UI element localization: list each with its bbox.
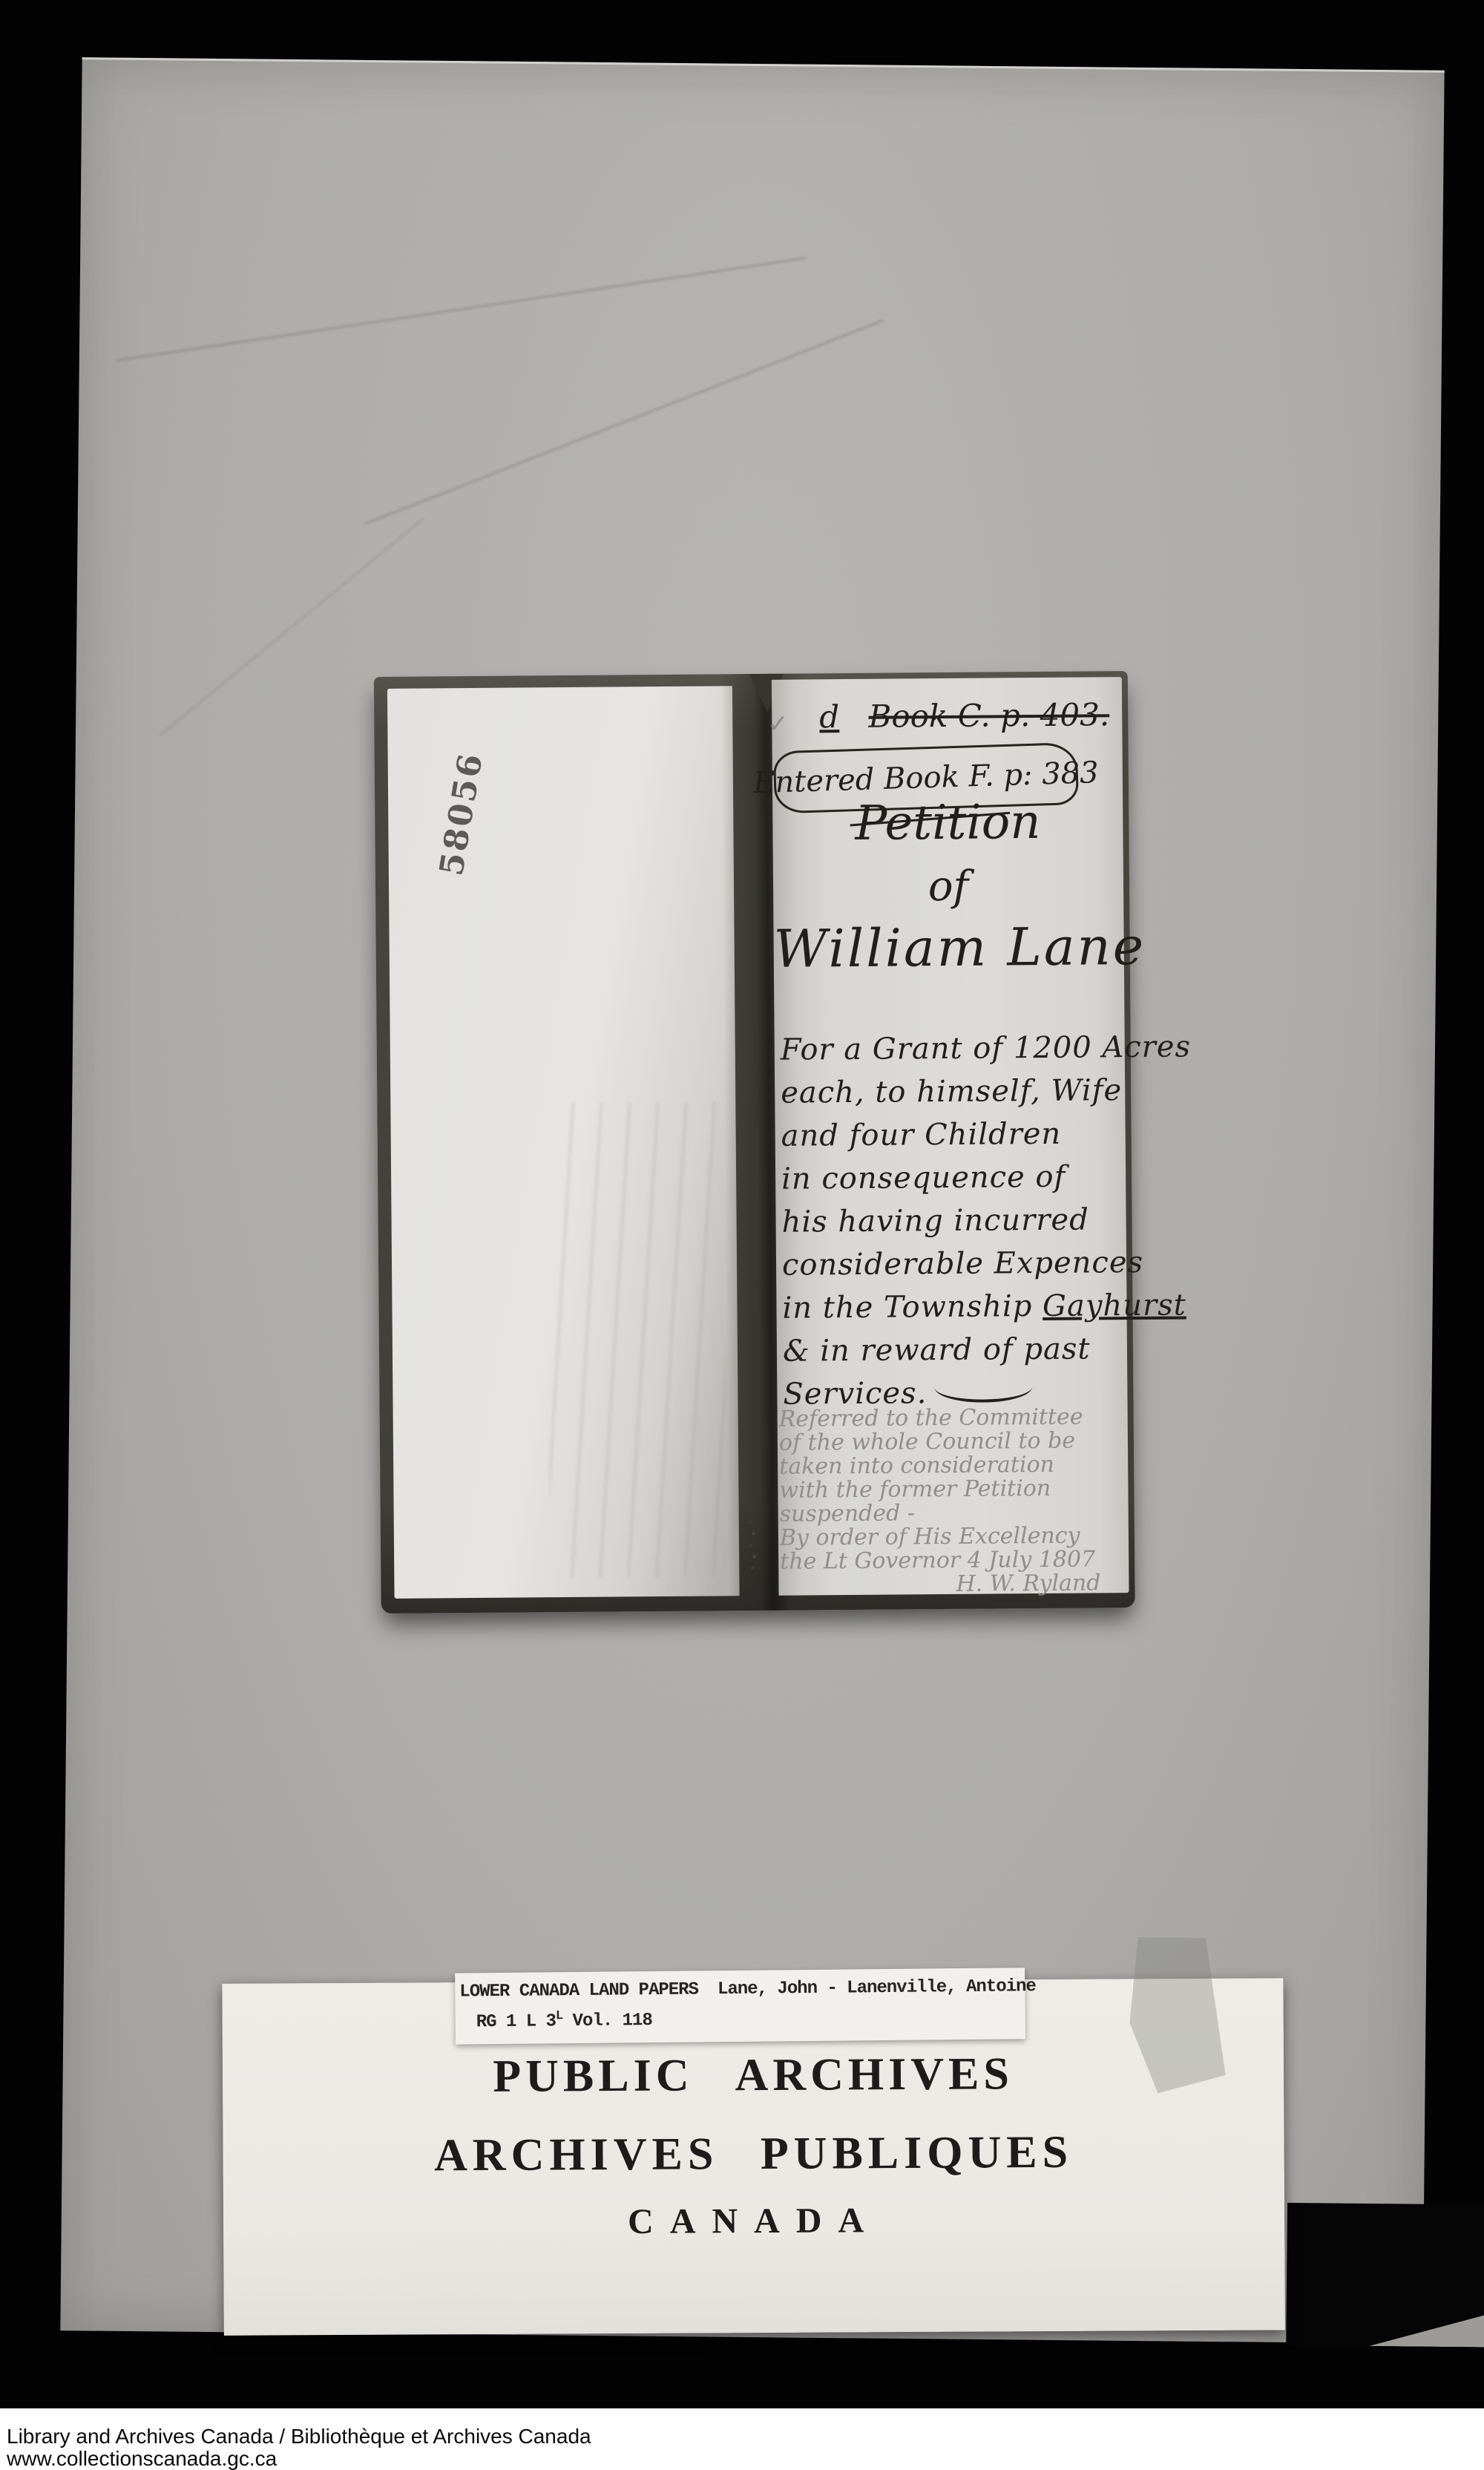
pen-flourish xyxy=(934,1381,1032,1403)
microfilm-photo: 58056 ✓ d Book C. p. 403. Entered Book F… xyxy=(60,57,1444,2343)
ink-dots xyxy=(749,1520,752,1524)
pencil-line: taken into consideration xyxy=(779,1452,1125,1479)
title-petition: Petition xyxy=(772,794,1123,852)
card-line-public-archives: PUBLIC ARCHIVES xyxy=(223,2046,1284,2104)
volume-number: Vol. 118 xyxy=(562,2011,652,2031)
series-title: LOWER CANADA LAND PAPERS xyxy=(459,1979,698,2002)
body-line: each, to himself, Wife xyxy=(781,1069,1123,1115)
petition-booklet: 58056 ✓ d Book C. p. 403. Entered Book F… xyxy=(374,671,1135,1614)
body-line: in consequence of xyxy=(781,1155,1124,1201)
township-prefix: in the Township xyxy=(782,1289,1043,1326)
reference-code: RG 1 L 3 xyxy=(476,2011,556,2032)
archive-number-stamp: 58056 xyxy=(433,755,490,878)
booklet-left-page: 58056 xyxy=(387,686,740,1599)
body-line: considerable Expences xyxy=(782,1241,1125,1287)
body-line: his having incurred xyxy=(781,1198,1124,1244)
paper-crease xyxy=(116,257,806,361)
body-line: For a Grant of 1200 Acres xyxy=(781,1026,1123,1072)
book-reference-line: d Book C. p. 403. xyxy=(819,696,1109,735)
typed-reference-strip: LOWER CANADA LAND PAPERSLane, John - Lan… xyxy=(455,1968,1025,2044)
body-line: and four Children xyxy=(781,1112,1123,1158)
pencil-line: with the former Petition xyxy=(779,1476,1125,1503)
reference-code-line: RG 1 L 3L Vol. 118 xyxy=(476,2008,652,2032)
booklet-right-page: ✓ d Book C. p. 403. Entered Book F. p: 3… xyxy=(772,677,1129,1596)
crossed-out-reference: Book C. p. 403. xyxy=(868,696,1109,735)
lac-footer-title: Library and Archives Canada / Bibliothèq… xyxy=(7,2425,591,2448)
alphabetical-range: Lane, John - Lanenville, Antoine xyxy=(718,1976,1036,1999)
pencil-line: of the whole Council to be xyxy=(779,1429,1125,1455)
signature-ryland: H. W. Ryland xyxy=(780,1571,1126,1598)
township-name: Gayhurst xyxy=(1043,1288,1186,1323)
title-of: of xyxy=(773,861,1123,912)
council-annotation: Referred to the Committee of the whole C… xyxy=(779,1405,1126,1598)
petition-body: For a Grant of 1200 Acres each, to himse… xyxy=(781,1026,1126,1416)
card-line-canada: CANADA xyxy=(223,2198,1284,2244)
lac-footer-url: www.collectionscanada.gc.ca xyxy=(7,2447,277,2470)
body-line-township: in the Township Gayhurst xyxy=(782,1284,1125,1330)
lac-footer-bar: Library and Archives Canada / Bibliothèq… xyxy=(0,2408,1484,2470)
reference-prefix: d xyxy=(819,698,839,735)
body-line: & in reward of past xyxy=(783,1327,1126,1373)
showthrough-writing xyxy=(546,1101,728,1578)
pencil-checkmark: ✓ xyxy=(767,710,789,739)
petitioner-name: William Lane xyxy=(773,916,1124,980)
paper-crease xyxy=(364,319,883,525)
series-title-line: LOWER CANADA LAND PAPERSLane, John - Lan… xyxy=(459,1976,1036,2002)
card-line-archives-publiques: ARCHIVES PUBLIQUES xyxy=(223,2125,1284,2183)
